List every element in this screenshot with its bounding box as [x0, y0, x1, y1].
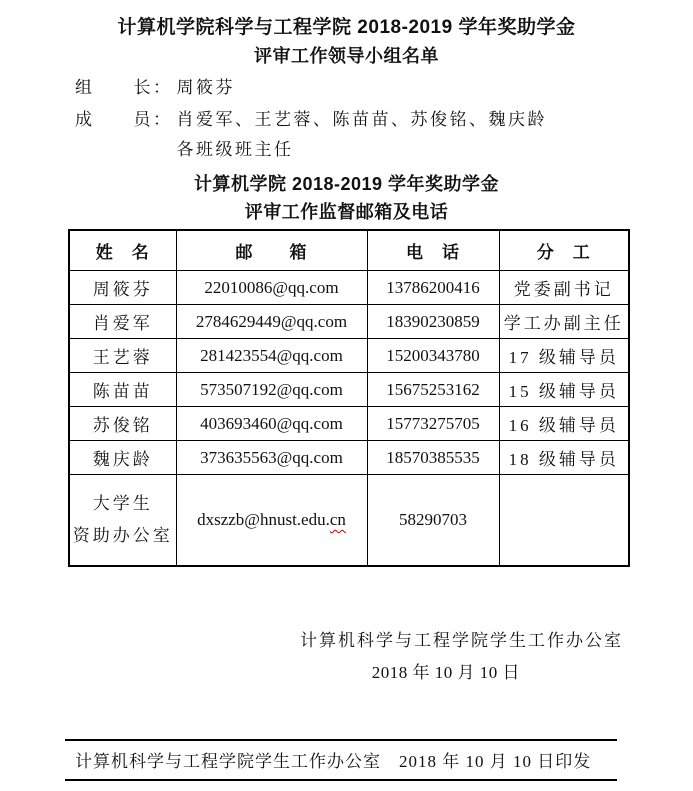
header-name: 姓 名 [69, 230, 176, 271]
signature-office: 计算机科学与工程学院学生工作办公室 [0, 625, 693, 657]
cell-email: 403693460@qq.com [176, 407, 367, 441]
cell-name: 陈苗苗 [69, 373, 176, 407]
cell-email: 373635563@qq.com [176, 441, 367, 475]
cell-name: 苏俊铭 [69, 407, 176, 441]
table-header-row: 姓 名 邮 箱 电 话 分 工 [69, 230, 629, 271]
leader-label: 组 长： [75, 78, 173, 97]
cell-name: 肖爱军 [69, 305, 176, 339]
table-row: 魏庆龄 373635563@qq.com 18570385535 18 级辅导员 [69, 441, 629, 475]
leader-name: 周筱芬 [177, 78, 236, 97]
cell-email: 281423554@qq.com [176, 339, 367, 373]
cell-duty: 学工办副主任 [499, 305, 629, 339]
leader-line: 组 长：周筱芬 [0, 72, 693, 104]
cell-office-duty [499, 475, 629, 567]
table-row: 陈苗苗 573507192@qq.com 15675253162 15 级辅导员 [69, 373, 629, 407]
office-email-prefix: dxszzb@hnust.edu. [197, 510, 330, 529]
document-content: 计算机学院科学与工程学院 2018-2019 学年奖助学金 评审工作领导小组名单… [0, 0, 693, 689]
cell-email: 2784629449@qq.com [176, 305, 367, 339]
cell-duty: 16 级辅导员 [499, 407, 629, 441]
cell-office-name: 大学生 资助办公室 [69, 475, 176, 567]
cell-email: 573507192@qq.com [176, 373, 367, 407]
office-name-line2: 资助办公室 [70, 520, 176, 552]
document-page: 计算机学院科学与工程学院 2018-2019 学年奖助学金 评审工作领导小组名单… [0, 0, 693, 791]
cell-name: 周筱芬 [69, 271, 176, 305]
cell-phone: 15773275705 [367, 407, 499, 441]
office-name-line1: 大学生 [70, 488, 176, 520]
cell-name: 魏庆龄 [69, 441, 176, 475]
cell-office-email: dxszzb@hnust.edu.cn [176, 475, 367, 567]
cell-email: 22010086@qq.com [176, 271, 367, 305]
members-names: 肖爱军、王艺蓉、陈苗苗、苏俊铭、魏庆龄 [177, 105, 548, 135]
members-label: 成 员： [75, 105, 173, 135]
members-extra: 各班级班主任 [177, 135, 548, 165]
supervision-title-line1: 计算机学院 2018-2019 学年奖助学金 [0, 170, 693, 198]
header-email: 邮 箱 [176, 230, 367, 271]
members-content: 肖爱军、王艺蓉、陈苗苗、苏俊铭、魏庆龄 各班级班主任 [177, 105, 548, 165]
cell-phone: 15200343780 [367, 339, 499, 373]
office-email-spellcheck-part: cn [330, 510, 346, 529]
header-phone: 电 话 [367, 230, 499, 271]
header-duty: 分 工 [499, 230, 629, 271]
cell-phone: 15675253162 [367, 373, 499, 407]
cell-office-phone: 58290703 [367, 475, 499, 567]
cell-phone: 13786200416 [367, 271, 499, 305]
cell-name: 王艺蓉 [69, 339, 176, 373]
cell-duty: 15 级辅导员 [499, 373, 629, 407]
table-row: 肖爱军 2784629449@qq.com 18390230859 学工办副主任 [69, 305, 629, 339]
table-row: 苏俊铭 403693460@qq.com 15773275705 16 级辅导员 [69, 407, 629, 441]
table-row: 周筱芬 22010086@qq.com 13786200416 党委副书记 [69, 271, 629, 305]
signature-date: 2018 年 10 月 10 日 [0, 657, 693, 689]
supervision-contact-table: 姓 名 邮 箱 电 话 分 工 周筱芬 22010086@qq.com 1378… [68, 229, 630, 567]
issue-footer-line: 计算机科学与工程学院学生工作办公室 2018 年 10 月 10 日印发 [65, 739, 617, 781]
table-row: 王艺蓉 281423554@qq.com 15200343780 17 级辅导员 [69, 339, 629, 373]
signature-block: 计算机科学与工程学院学生工作办公室 2018 年 10 月 10 日 [0, 625, 693, 689]
supervision-title-line2: 评审工作监督邮箱及电话 [0, 198, 693, 226]
leading-group-title-line1: 计算机学院科学与工程学院 2018-2019 学年奖助学金 [0, 14, 693, 42]
leading-group-title-line2: 评审工作领导小组名单 [0, 42, 693, 70]
cell-phone: 18390230859 [367, 305, 499, 339]
cell-phone: 18570385535 [367, 441, 499, 475]
members-line: 成 员： 肖爱军、王艺蓉、陈苗苗、苏俊铭、魏庆龄 各班级班主任 [0, 105, 693, 165]
cell-duty: 党委副书记 [499, 271, 629, 305]
cell-duty: 17 级辅导员 [499, 339, 629, 373]
cell-duty: 18 级辅导员 [499, 441, 629, 475]
table-row-office: 大学生 资助办公室 dxszzb@hnust.edu.cn 58290703 [69, 475, 629, 567]
